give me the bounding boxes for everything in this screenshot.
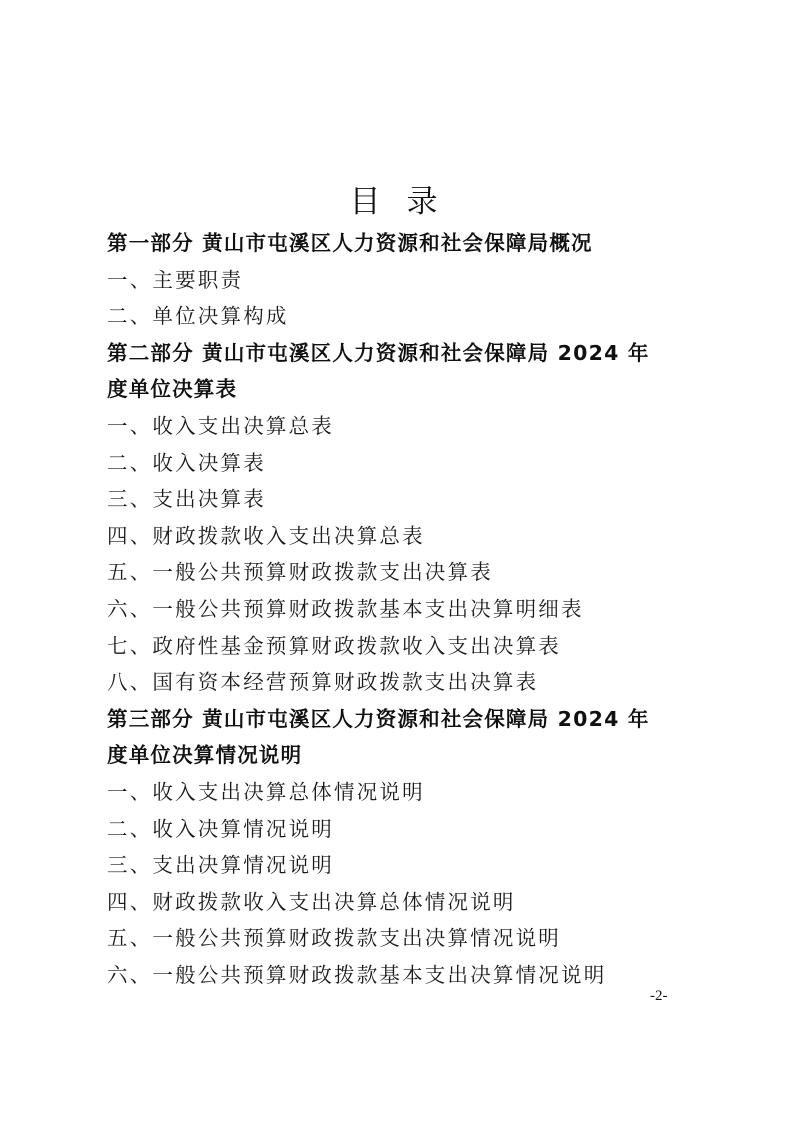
toc-item[interactable]: 一、主要职责	[107, 262, 707, 299]
toc-item[interactable]: 六、一般公共预算财政拨款基本支出决算明细表	[107, 591, 707, 628]
toc-item[interactable]: 八、国有资本经营预算财政拨款支出决算表	[107, 664, 707, 701]
toc-item[interactable]: 三、支出决算情况说明	[107, 847, 707, 884]
table-of-contents: 第一部分 黄山市屯溪区人力资源和社会保障局概况 一、主要职责 二、单位决算构成 …	[107, 225, 707, 993]
toc-item[interactable]: 五、一般公共预算财政拨款支出决算表	[107, 554, 707, 591]
toc-item[interactable]: 一、收入支出决算总表	[107, 408, 707, 445]
toc-item[interactable]: 二、收入决算情况说明	[107, 811, 707, 848]
toc-item[interactable]: 二、单位决算构成	[107, 298, 707, 335]
page-number: -2-	[650, 988, 668, 1005]
toc-item[interactable]: 二、收入决算表	[107, 445, 707, 482]
toc-part2-heading[interactable]: 第二部分 黄山市屯溪区人力资源和社会保障局 2024 年	[107, 335, 707, 372]
toc-part1-heading[interactable]: 第一部分 黄山市屯溪区人力资源和社会保障局概况	[107, 225, 707, 262]
page-title: 目录	[0, 180, 793, 224]
toc-part3-heading[interactable]: 第三部分 黄山市屯溪区人力资源和社会保障局 2024 年	[107, 701, 707, 738]
toc-item[interactable]: 五、一般公共预算财政拨款支出决算情况说明	[107, 920, 707, 957]
document-page: 目录 第一部分 黄山市屯溪区人力资源和社会保障局概况 一、主要职责 二、单位决算…	[0, 0, 793, 1122]
toc-part2-heading-cont[interactable]: 度单位决算表	[107, 371, 707, 408]
toc-item[interactable]: 三、支出决算表	[107, 481, 707, 518]
toc-item[interactable]: 七、政府性基金预算财政拨款收入支出决算表	[107, 628, 707, 665]
toc-item[interactable]: 四、财政拨款收入支出决算总体情况说明	[107, 884, 707, 921]
toc-item[interactable]: 一、收入支出决算总体情况说明	[107, 774, 707, 811]
toc-part3-heading-cont[interactable]: 度单位决算情况说明	[107, 737, 707, 774]
toc-item[interactable]: 四、财政拨款收入支出决算总表	[107, 518, 707, 555]
toc-item[interactable]: 六、一般公共预算财政拨款基本支出决算情况说明	[107, 957, 707, 994]
